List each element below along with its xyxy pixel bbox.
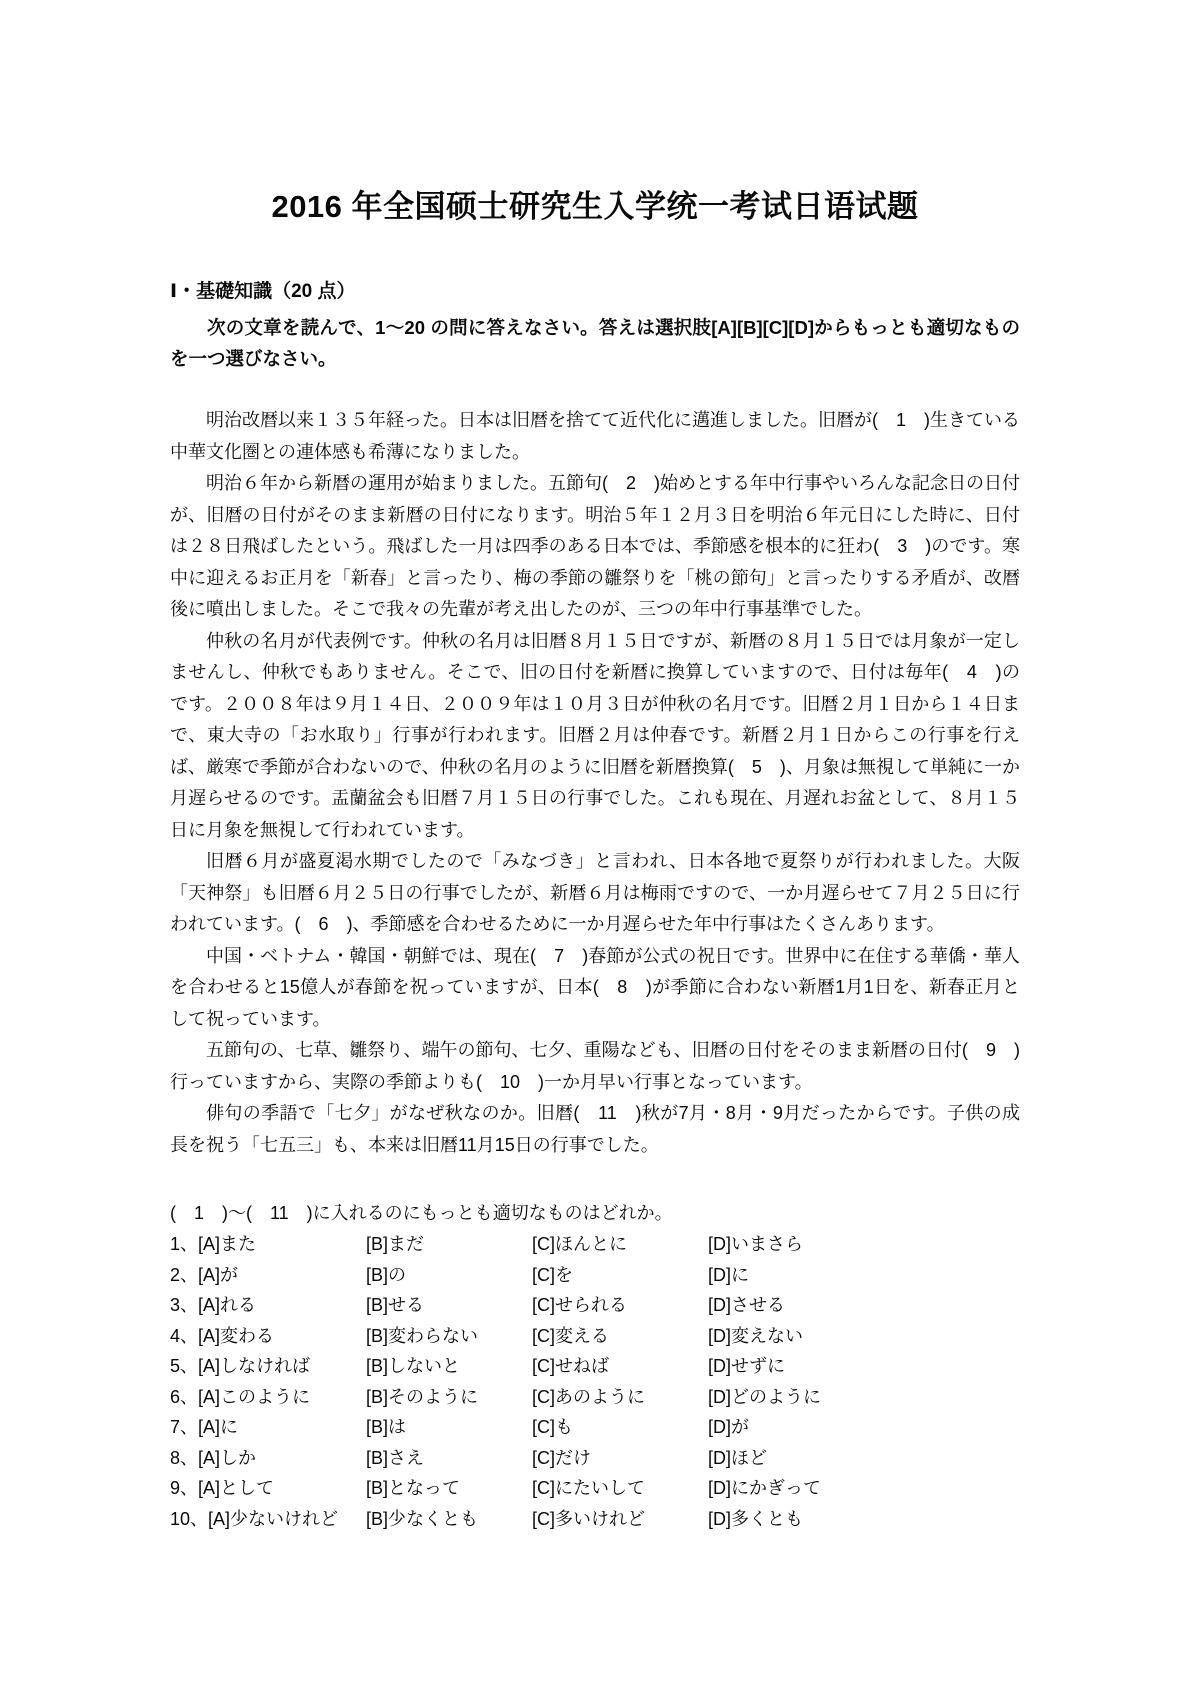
passage-paragraph: 明治６年から新暦の運用が始まりました。五節句( 2 )始めとする年中行事やいろん… — [170, 468, 1020, 626]
page-title: 2016 年全国硕士研究生入学统一考试日语试题 — [170, 188, 1020, 226]
option-a: [A]また — [198, 1234, 256, 1254]
option-d: [D]どのように — [708, 1382, 1020, 1413]
option-a: [A]このように — [198, 1387, 310, 1407]
option-a: [A]変わる — [198, 1326, 274, 1346]
question-row: 4、[A]変わる [B]変わらない [C]変える [D]変えない — [170, 1321, 1020, 1352]
option-a: [A]に — [198, 1417, 238, 1437]
question-number: 6、 — [170, 1387, 198, 1407]
option-a: [A]しか — [198, 1448, 256, 1468]
question-row: 8、[A]しか [B]さえ [C]だけ [D]ほど — [170, 1443, 1020, 1474]
option-a: [A]少ないけれど — [208, 1509, 338, 1529]
question-number: 5、 — [170, 1356, 198, 1376]
option-c: [C]あのように — [532, 1382, 708, 1413]
option-d: [D]多くとも — [708, 1504, 1020, 1535]
question-prompt: ( 1 )～( 11 )に入れるのにもっとも適切なものはどれか。 — [170, 1198, 1020, 1229]
option-b: [B]となって — [366, 1473, 532, 1504]
option-a: [A]れる — [198, 1295, 256, 1315]
question-row: 10、[A]少ないけれど [B]少なくとも [C]多いけれど [D]多くとも — [170, 1504, 1020, 1535]
passage-paragraph: 中国・ベトナム・韓国・朝鮮では、現在( 7 )春節が公式の祝日です。世界中に在住… — [170, 941, 1020, 1036]
option-c: [C]にたいして — [532, 1473, 708, 1504]
question-row: 6、[A]このように [B]そのように [C]あのように [D]どのように — [170, 1382, 1020, 1413]
option-c: [C]を — [532, 1260, 708, 1291]
question-number: 9、 — [170, 1478, 198, 1498]
question-row: 5、[A]しなければ [B]しないと [C]せねば [D]せずに — [170, 1351, 1020, 1382]
option-c: [C]せられる — [532, 1290, 708, 1321]
question-row: 7、[A]に [B]は [C]も [D]が — [170, 1412, 1020, 1443]
option-d: [D]ほど — [708, 1443, 1020, 1474]
section-heading: Ⅰ・基礎知識（20 点） — [170, 279, 1020, 305]
option-b: [B]さえ — [366, 1443, 532, 1474]
option-d: [D]に — [708, 1260, 1020, 1291]
option-b: [B]そのように — [366, 1382, 532, 1413]
passage-paragraph: 仲秋の名月が代表例です。仲秋の名月は旧暦８月１５日ですが、新暦の８月１５日では月… — [170, 626, 1020, 847]
question-number: 1、 — [170, 1234, 198, 1254]
option-d: [D]変えない — [708, 1321, 1020, 1352]
option-c: [C]だけ — [532, 1443, 708, 1474]
question-list: 1、[A]また [B]まだ [C]ほんとに [D]いまさら 2、[A]が [B]… — [170, 1229, 1020, 1534]
option-d: [D]せずに — [708, 1351, 1020, 1382]
option-c: [C]変える — [532, 1321, 708, 1352]
question-number: 8、 — [170, 1448, 198, 1468]
question-number: 10、 — [170, 1509, 208, 1529]
passage-paragraph: 旧暦６月が盛夏渇水期でしたので「みなづき」と言われ、日本各地で夏祭りが行われまし… — [170, 846, 1020, 941]
option-a: [A]が — [198, 1265, 238, 1285]
question-row: 2、[A]が [B]の [C]を [D]に — [170, 1260, 1020, 1291]
exam-page-content: 2016 年全国硕士研究生入学统一考试日语试题 Ⅰ・基礎知識（20 点） 次の文… — [170, 0, 1020, 1534]
option-b: [B]は — [366, 1412, 532, 1443]
option-b: [B]まだ — [366, 1229, 532, 1260]
option-b: [B]せる — [366, 1290, 532, 1321]
question-number: 7、 — [170, 1417, 198, 1437]
question-number: 4、 — [170, 1326, 198, 1346]
instructions-text: 次の文章を読んで、1～20 の問に答えなさい。答えは選択肢[A][B][C][D… — [170, 312, 1020, 374]
question-number: 2、 — [170, 1265, 198, 1285]
option-b: [B]変わらない — [366, 1321, 532, 1352]
passage-paragraph: 俳句の季語で「七夕」がなぜ秋なのか。旧暦( 11 )秋が7月・8月・9月だったか… — [170, 1098, 1020, 1161]
question-row: 9、[A]として [B]となって [C]にたいして [D]にかぎって — [170, 1473, 1020, 1504]
option-d: [D]いまさら — [708, 1229, 1020, 1260]
passage-paragraph: 明治改暦以来１３５年経った。日本は旧暦を捨てて近代化に邁進しました。旧暦が( 1… — [170, 405, 1020, 468]
option-d: [D]にかぎって — [708, 1473, 1020, 1504]
option-d: [D]させる — [708, 1290, 1020, 1321]
option-c: [C]も — [532, 1412, 708, 1443]
option-b: [B]の — [366, 1260, 532, 1291]
option-d: [D]が — [708, 1412, 1020, 1443]
option-c: [C]ほんとに — [532, 1229, 708, 1260]
question-row: 1、[A]また [B]まだ [C]ほんとに [D]いまさら — [170, 1229, 1020, 1260]
question-number: 3、 — [170, 1295, 198, 1315]
option-a: [A]として — [198, 1478, 274, 1498]
option-c: [C]多いけれど — [532, 1504, 708, 1535]
reading-passage: 明治改暦以来１３５年経った。日本は旧暦を捨てて近代化に邁進しました。旧暦が( 1… — [170, 405, 1020, 1161]
option-b: [B]しないと — [366, 1351, 532, 1382]
passage-paragraph: 五節句の、七草、雛祭り、端午の節句、七夕、重陽なども、旧暦の日付をそのまま新暦の… — [170, 1035, 1020, 1098]
exam-document-page: { "document": { "title": "2016 年全国硕士研究生入… — [0, 0, 1190, 1683]
option-a: [A]しなければ — [198, 1356, 310, 1376]
option-c: [C]せねば — [532, 1351, 708, 1382]
option-b: [B]少なくとも — [366, 1504, 532, 1535]
question-row: 3、[A]れる [B]せる [C]せられる [D]させる — [170, 1290, 1020, 1321]
